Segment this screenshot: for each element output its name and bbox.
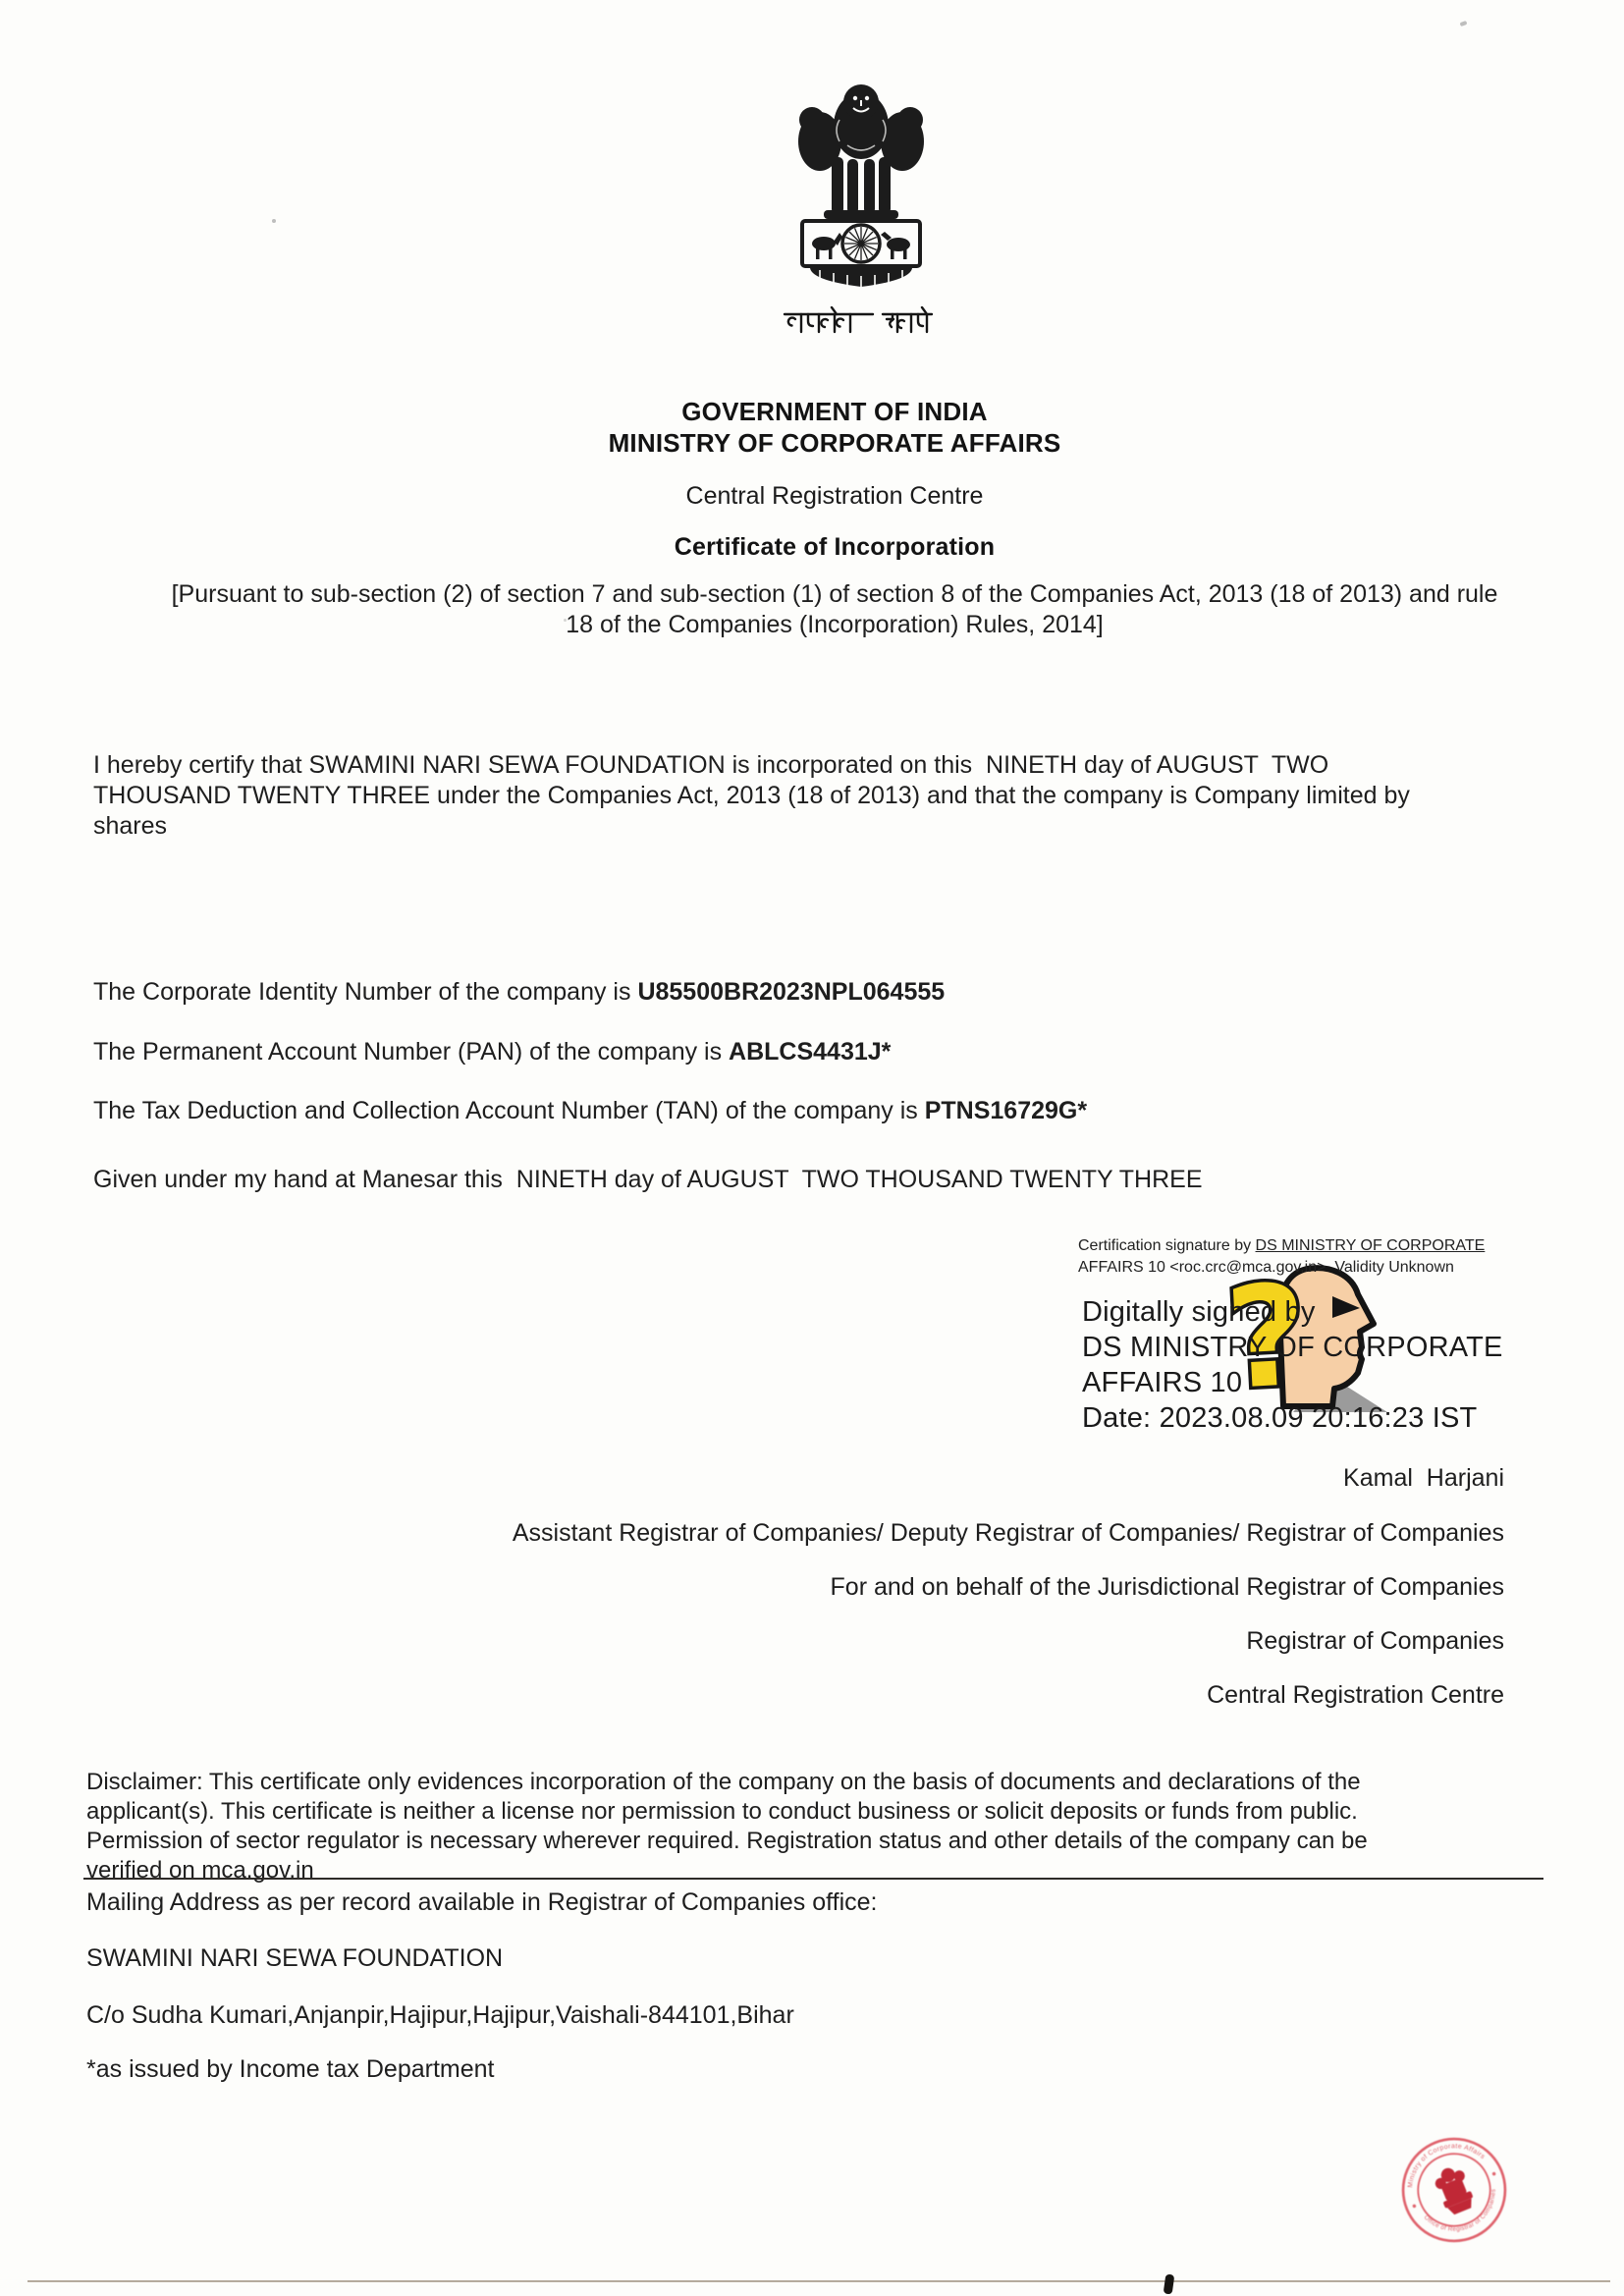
- certify-line-1: I hereby certify that SWAMINI NARI SEWA …: [93, 750, 1586, 781]
- central-registration-centre-footer: Central Registration Centre: [93, 1680, 1504, 1711]
- signer-name: Kamal Harjani: [93, 1463, 1504, 1494]
- roc-red-stamp: Ministry of Corporate Affairs Office of …: [1399, 2135, 1509, 2245]
- scan-speck: [1460, 21, 1468, 27]
- scan-ink-blob: [1164, 2273, 1175, 2294]
- certification-signature-note: Certification signature by DS MINISTRY O…: [1078, 1235, 1589, 1279]
- document-title: Certificate of Incorporation: [118, 533, 1551, 562]
- digital-line-4: Date: 2023.08.09 20:16:23 IST: [1082, 1400, 1612, 1436]
- pan-value: ABLCS4431J*: [729, 1038, 891, 1066]
- note-prefix: Certification signature by: [1078, 1237, 1256, 1254]
- note-signer: DS MINISTRY OF CORPORATE: [1256, 1237, 1486, 1254]
- disclaimer-paragraph: Disclaimer: This certificate only eviden…: [86, 1768, 1579, 1886]
- certify-line-3: shares: [93, 811, 1586, 842]
- disclaimer-line-4: verified on mca.gov.in: [86, 1856, 1579, 1886]
- pursuant-line-1: [Pursuant to sub-section (2) of section …: [118, 579, 1551, 610]
- given-under-hand-line: Given under my hand at Manesar this NINE…: [93, 1165, 1586, 1195]
- disclaimer-line-1: Disclaimer: This certificate only eviden…: [86, 1768, 1579, 1797]
- pan-line: The Permanent Account Number (PAN) of th…: [93, 1037, 1586, 1067]
- mailing-company-name: SWAMINI NARI SEWA FOUNDATION: [86, 1943, 1579, 1974]
- cin-prefix: The Corporate Identity Number of the com…: [93, 978, 637, 1006]
- scan-speck: [564, 619, 567, 622]
- disclaimer-underline-rule: [83, 1878, 1543, 1880]
- tan-value: PTNS16729G*: [925, 1097, 1087, 1124]
- digital-line-1: Digitally signed by: [1082, 1294, 1612, 1330]
- pan-issuer-footnote: *as issued by Income tax Department: [86, 2054, 1579, 2085]
- digital-signature-text: Digitally signed by DS MINISTRY OF CORPO…: [1082, 1294, 1612, 1436]
- emblem-motto-satyameva-jayate: [783, 306, 940, 340]
- registrar-roles-line: Assistant Registrar of Companies/ Deputy…: [93, 1518, 1504, 1549]
- central-registration-centre-line: Central Registration Centre: [118, 482, 1551, 511]
- registrar-of-companies-line: Registrar of Companies: [93, 1626, 1504, 1657]
- disclaimer-line-2: applicant(s). This certificate is neithe…: [86, 1797, 1579, 1827]
- certify-paragraph: I hereby certify that SWAMINI NARI SEWA …: [93, 750, 1586, 842]
- digital-line-3: AFFAIRS 10: [1082, 1365, 1612, 1400]
- stamp-center-emblem: [1432, 2162, 1478, 2216]
- government-title: GOVERNMENT OF INDIA: [118, 397, 1551, 427]
- certificate-of-incorporation-page: GOVERNMENT OF INDIA MINISTRY OF CORPORAT…: [0, 0, 1624, 2296]
- digital-line-2: DS MINISTRY OF CORPORATE: [1082, 1330, 1612, 1365]
- scan-bottom-edge-line: [27, 2280, 1610, 2282]
- certify-line-2: THOUSAND TWENTY THREE under the Companie…: [93, 781, 1586, 811]
- disclaimer-line-3: Permission of sector regulator is necess…: [86, 1827, 1579, 1856]
- cin-value: U85500BR2023NPL064555: [637, 978, 945, 1006]
- on-behalf-line: For and on behalf of the Jurisdictional …: [93, 1572, 1504, 1603]
- mailing-address-line: C/o Sudha Kumari,Anjanpir,Hajipur,Hajipu…: [86, 2000, 1579, 2031]
- scan-speck: [272, 219, 276, 223]
- cin-line: The Corporate Identity Number of the com…: [93, 977, 1586, 1008]
- tan-line: The Tax Deduction and Collection Account…: [93, 1096, 1586, 1126]
- tan-prefix: The Tax Deduction and Collection Account…: [93, 1097, 925, 1124]
- certification-note-line-2: AFFAIRS 10 <roc.crc@mca.gov.in> Validity…: [1078, 1257, 1589, 1279]
- national-emblem-icon: [783, 71, 940, 301]
- ministry-title: MINISTRY OF CORPORATE AFFAIRS: [118, 428, 1551, 459]
- pursuant-line-2: 18 of the Companies (Incorporation) Rule…: [118, 610, 1551, 640]
- certification-note-line-1: Certification signature by DS MINISTRY O…: [1078, 1235, 1589, 1257]
- mailing-address-heading: Mailing Address as per record available …: [86, 1887, 1579, 1918]
- pan-prefix: The Permanent Account Number (PAN) of th…: [93, 1038, 729, 1066]
